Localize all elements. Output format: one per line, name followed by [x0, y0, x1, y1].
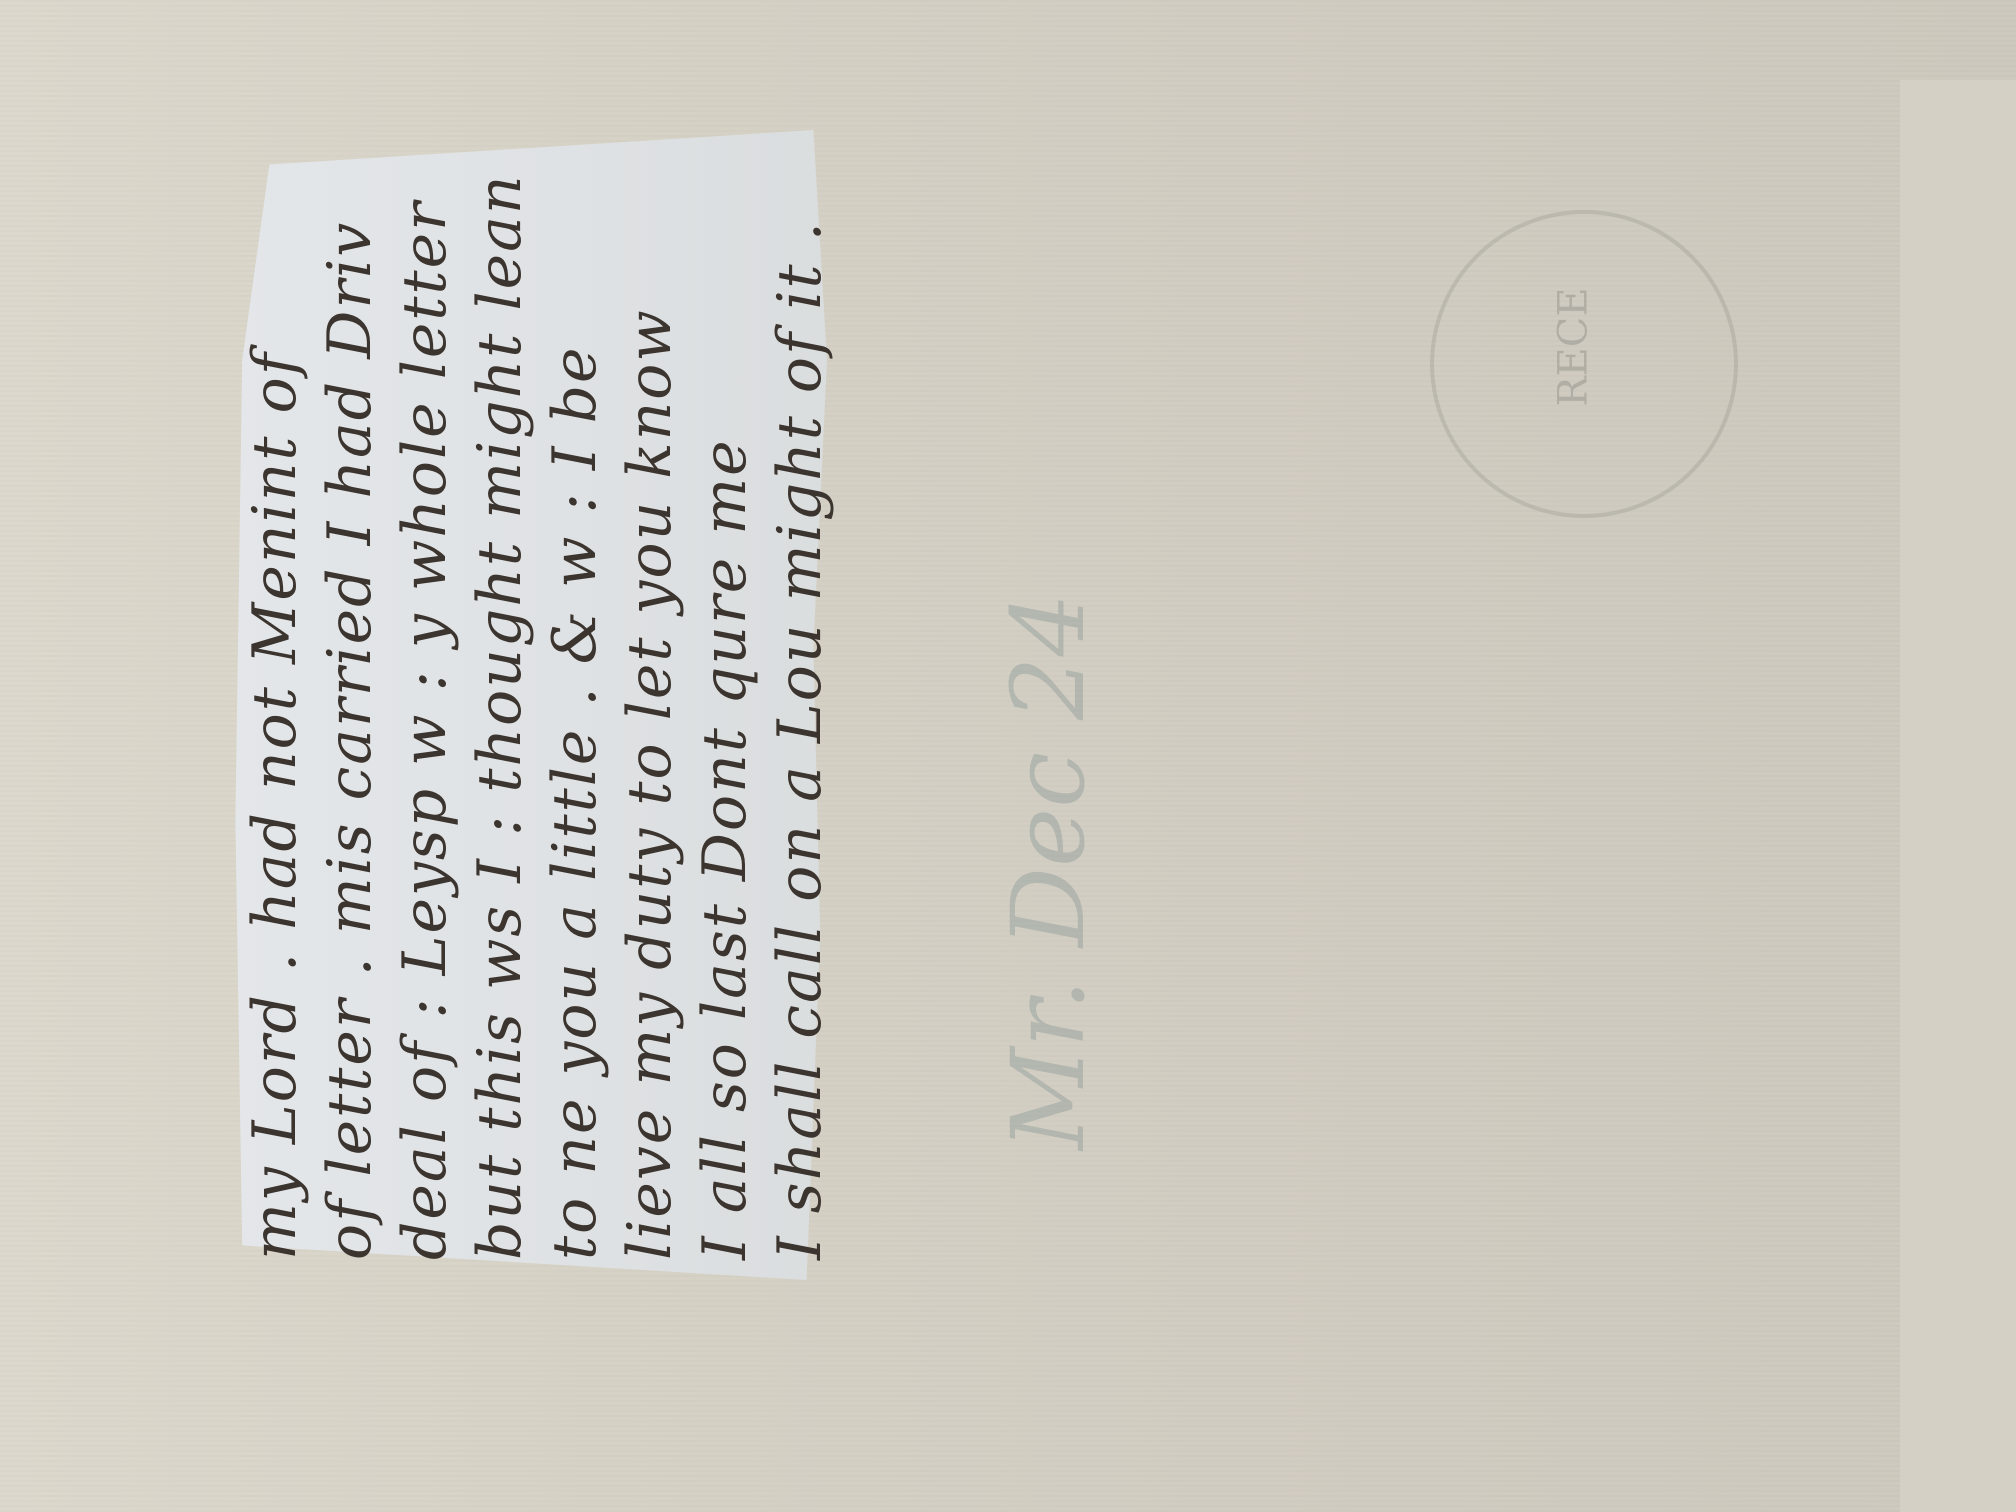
text-line: but this ws I : thought might lean	[465, 173, 535, 1260]
text-line: I shall call on a Lou might of it .	[765, 220, 835, 1260]
text-line: deal of : Leysp w : y whole letter	[390, 200, 460, 1260]
ghost-inscription: Mr. Dec 24	[990, 593, 1107, 1150]
text-line: of letter . mis carried I had Driv	[315, 221, 385, 1260]
postmark-stamp: RECE	[1430, 210, 1738, 518]
stamp-text: RECE	[1551, 287, 1597, 406]
text-line: I all so last Dont qure me	[690, 438, 760, 1260]
text-line: lieve my duty to let you know	[615, 308, 685, 1260]
text-line: to ne you a little . & w : I be	[540, 345, 610, 1260]
page-edge	[1900, 80, 2016, 1512]
text-line: my Lord . had not Menint of	[240, 351, 310, 1260]
handwritten-text: my Lord . had not Menint of of letter . …	[215, 130, 895, 1280]
